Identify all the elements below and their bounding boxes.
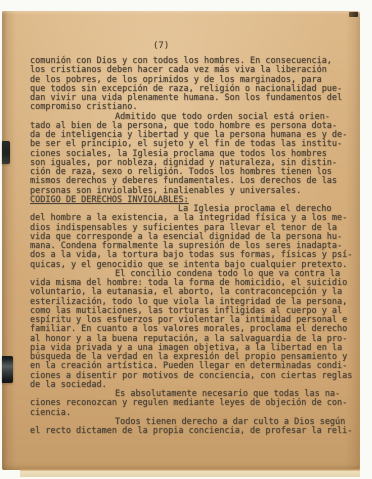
underlying-page-edge — [20, 469, 360, 477]
page-number: (7) — [153, 41, 169, 51]
binding-mark-lower — [2, 356, 13, 383]
scanned-page-photo: (7) comunión con Dios y con todos los ho… — [0, 0, 372, 479]
ink-smudge-top-right-icon — [349, 12, 358, 17]
binding-mark-upper — [2, 141, 10, 164]
scan-background: { "colors": { "background": "#fafaf7", "… — [0, 0, 372, 479]
text-line: el recto dictamen de la propia concienci… — [30, 427, 356, 436]
document-text: comunión con Dios y con todos los hombre… — [30, 57, 356, 436]
document-page: (7) comunión con Dios y con todos los ho… — [2, 11, 360, 470]
text-line: ciones reconozcan y regulen mediante ley… — [30, 399, 356, 408]
